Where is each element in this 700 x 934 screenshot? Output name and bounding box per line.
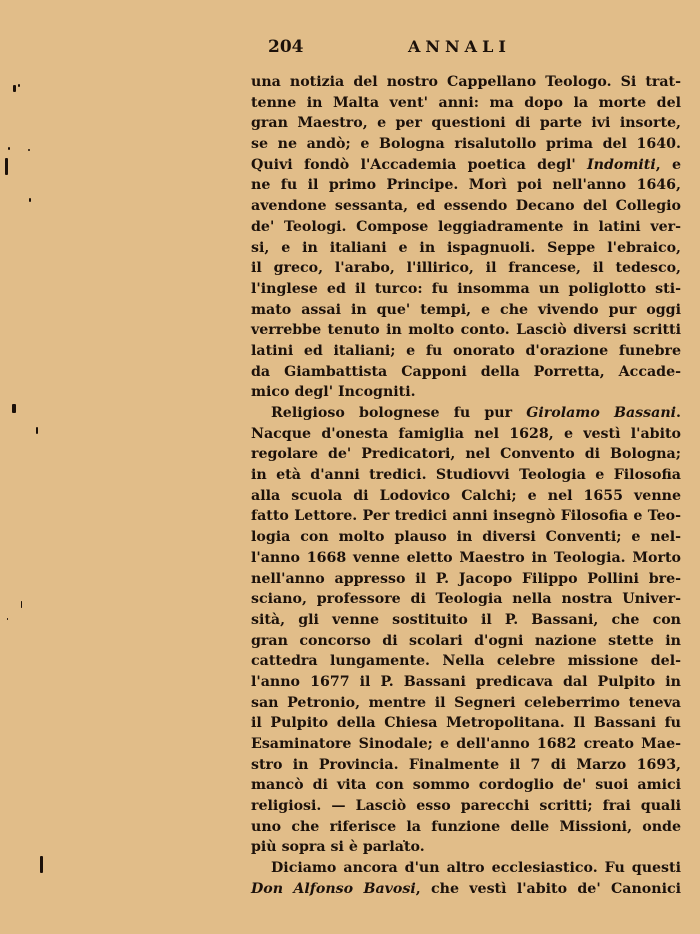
- scan-speck: [8, 147, 10, 150]
- scan-speck: [40, 856, 43, 873]
- text-line: mico degl' Incogniti.: [251, 382, 681, 403]
- text-line: Don Alfonso Bavosi, che vestì l'abito de…: [251, 879, 681, 900]
- scan-speck: [7, 618, 8, 620]
- page-number: 204: [268, 37, 304, 57]
- text-line: mato assai in que' tempi, e che vivendo …: [251, 300, 681, 321]
- text-line: alla scuola di Lodovico Calchi; e nel 16…: [251, 486, 681, 507]
- text-line: de' Teologi. Compose leggiadramente in l…: [251, 217, 681, 238]
- scan-speck: [12, 404, 16, 413]
- running-title: ANNALI: [408, 37, 511, 56]
- italic-name: Girolamo Bassani: [526, 405, 676, 421]
- text-line: verrebbe tenuto in molto conto. Lasciò d…: [251, 320, 681, 341]
- text-line: nell'anno appresso il P. Jacopo Filippo …: [251, 569, 681, 590]
- text-line: l'anno 1668 venne eletto Maestro in Teol…: [251, 548, 681, 569]
- text-line: avendone sessanta, ed essendo Decano del…: [251, 196, 681, 217]
- text-line: Nacque d'onesta famiglia nel 1628, e ves…: [251, 424, 681, 445]
- text-line: se ne andò; e Bologna risalutollo prima …: [251, 134, 681, 155]
- scan-speck: [36, 427, 38, 434]
- text-line: più sopra si è parlato.: [251, 837, 681, 858]
- text-line: sità, gli venne sostituito il P. Bassani…: [251, 610, 681, 631]
- scan-speck: [403, 840, 405, 842]
- paragraph-start: Diciamo ancora d'un altro ecclesiastico.…: [251, 858, 681, 879]
- text-line: si, e in italiani e in ispagnuoli. Seppe…: [251, 238, 681, 259]
- text-line: gran concorso di scolari d'ogni nazione …: [251, 631, 681, 652]
- text-line: latini ed italiani; e fu onorato d'orazi…: [251, 341, 681, 362]
- text-line: cattedra lungamente. Nella celebre missi…: [251, 651, 681, 672]
- scan-speck: [5, 158, 8, 175]
- text-line: mancò di vita con sommo cordoglio de' su…: [251, 775, 681, 796]
- text-line: l'anno 1677 il P. Bassani predicava dal …: [251, 672, 681, 693]
- scan-speck: [29, 198, 31, 202]
- italic-name: Don Alfonso Bavosi: [251, 881, 416, 897]
- text-line: logia con molto plauso in diversi Conven…: [251, 527, 681, 548]
- scan-speck: [13, 85, 16, 92]
- text-line: fatto Lettore. Per tredici anni insegnò …: [251, 506, 681, 527]
- text-line: tenne in Malta vent' anni: ma dopo la mo…: [251, 93, 681, 114]
- text-line: sciano, professore di Teologia nella nos…: [251, 589, 681, 610]
- text-line: religiosi. — Lasciò esso parecchi scritt…: [251, 796, 681, 817]
- text-line: regolare de' Predicatori, nel Convento d…: [251, 444, 681, 465]
- scan-speck: [21, 601, 22, 608]
- text-line: uno che riferisce la funzione delle Miss…: [251, 817, 681, 838]
- text-line: stro in Provincia. Finalmente il 7 di Ma…: [251, 755, 681, 776]
- text-line: Esaminatore Sinodale; e dell'anno 1682 c…: [251, 734, 681, 755]
- text-line: l'inglese ed il turco: fu insomma un pol…: [251, 279, 681, 300]
- page-header: 204 ANNALI: [268, 37, 518, 59]
- text-line: in età d'anni tredici. Studiovvi Teologi…: [251, 465, 681, 486]
- text-line: il greco, l'arabo, l'illirico, il france…: [251, 258, 681, 279]
- text-line: ne fu il primo Principe. Morì poi nell'a…: [251, 175, 681, 196]
- text-line: da Giambattista Capponi della Porretta, …: [251, 362, 681, 383]
- text-line: san Petronio, mentre il Segneri celeberr…: [251, 693, 681, 714]
- text-line: Quivi fondò l'Accademia poetica degl' In…: [251, 155, 681, 176]
- italic-name: Indomiti: [587, 157, 656, 173]
- paragraph-start: Religioso bolognese fu pur Girolamo Bass…: [251, 403, 681, 424]
- text-line: il Pulpito della Chiesa Metropolitana. I…: [251, 713, 681, 734]
- body-text: una notizia del nostro Cappellano Teolog…: [251, 72, 681, 900]
- text-line: una notizia del nostro Cappellano Teolog…: [251, 72, 681, 93]
- scan-speck: [28, 149, 30, 151]
- text-line: gran Maestro, e per questioni di parte i…: [251, 113, 681, 134]
- scan-speck: [18, 84, 20, 87]
